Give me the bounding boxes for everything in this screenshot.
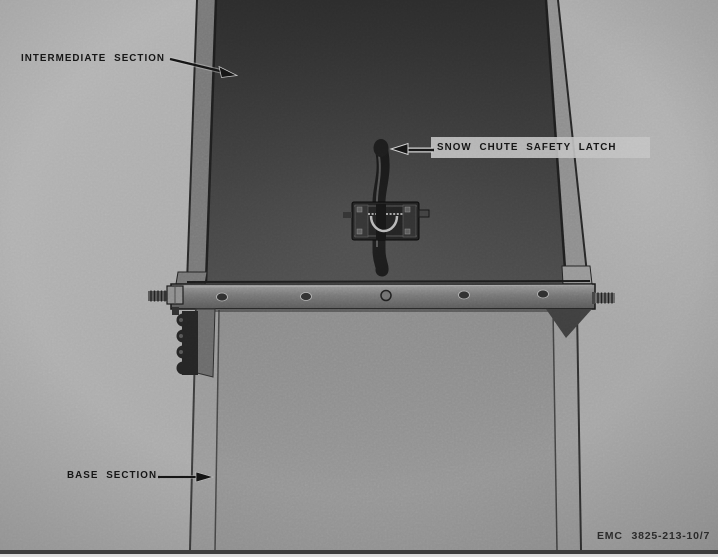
figure-number: EMC 3825-213-10/7 xyxy=(597,531,710,542)
vignette xyxy=(0,0,718,550)
callout-base-section: BASE SECTION xyxy=(67,471,157,481)
photo-bottom-border xyxy=(0,550,718,554)
callout-snow-chute-safety-latch: SNOW CHUTE SAFETY LATCH xyxy=(437,143,616,153)
callout-intermediate-section: INTERMEDIATE SECTION xyxy=(21,54,165,64)
manual-figure-page: INTERMEDIATE SECTION SNOW CHUTE SAFETY L… xyxy=(0,0,718,557)
